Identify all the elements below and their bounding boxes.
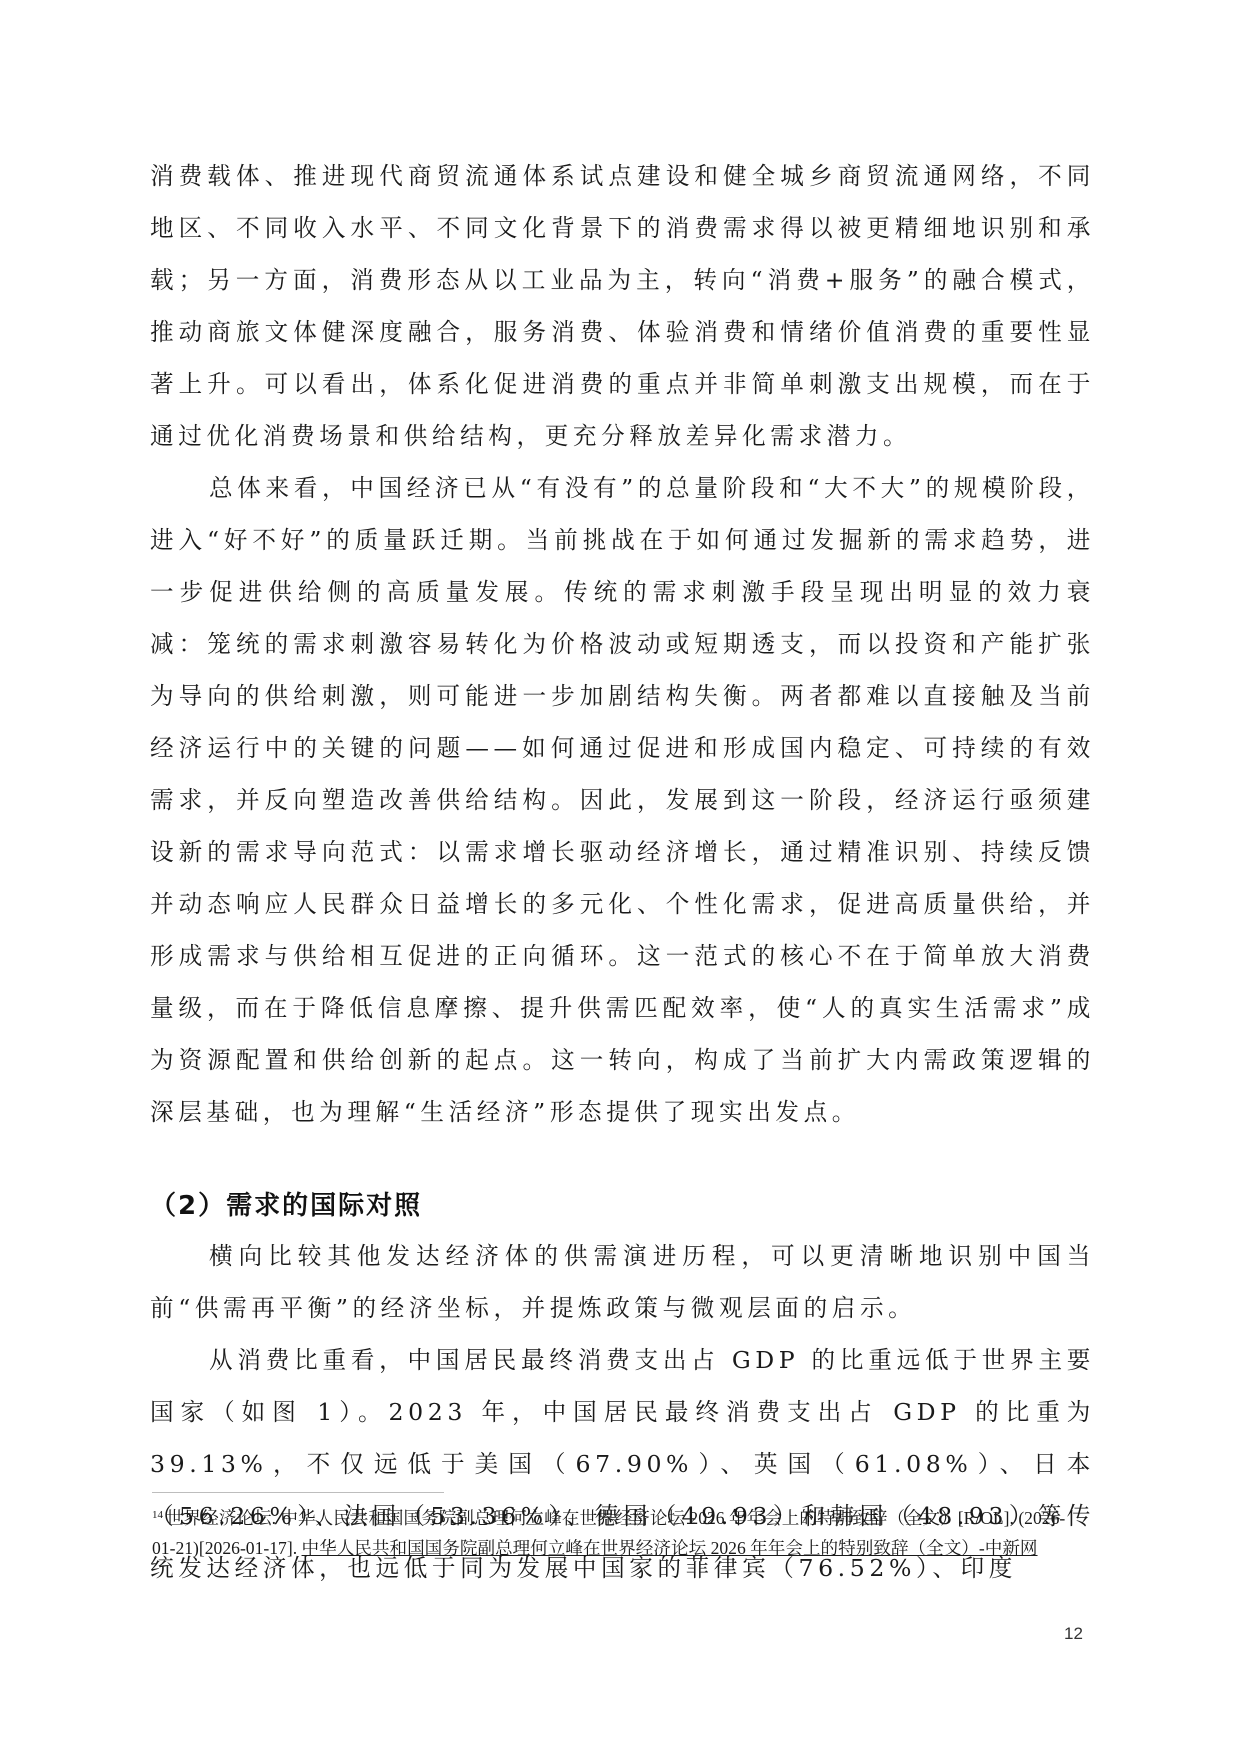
page-number: 12 bbox=[1064, 1624, 1083, 1644]
document-page: 消费载体、推进现代商贸流通体系试点建设和健全城乡商贸流通网络，不同地区、不同收入… bbox=[0, 0, 1241, 1754]
footnote-marker: 14 bbox=[152, 1509, 163, 1521]
body-text: 消费载体、推进现代商贸流通体系试点建设和健全城乡商贸流通网络，不同地区、不同收入… bbox=[150, 150, 1095, 1594]
section-heading: （2）需求的国际对照 bbox=[150, 1182, 1095, 1230]
footnote: 14世界经济论坛. 中华人民共和国国务院副总理何立峰在世界经济论坛 2026 年… bbox=[152, 1500, 1082, 1563]
paragraph-overall-view: 总体来看，中国经济已从“有没有”的总量阶段和“大不大”的规模阶段，进入“好不好”… bbox=[150, 462, 1095, 1138]
paragraph-horizontal-comparison: 横向比较其他发达经济体的供需演进历程，可以更清晰地识别中国当前“供需再平衡”的经… bbox=[150, 1230, 1095, 1334]
footnote-divider bbox=[152, 1492, 444, 1493]
footnote-source-link[interactable]: 中华人民共和国国务院副总理何立峰在世界经济论坛 2026 年年会上的特别致辞（全… bbox=[302, 1538, 1038, 1558]
paragraph-continued: 消费载体、推进现代商贸流通体系试点建设和健全城乡商贸流通网络，不同地区、不同收入… bbox=[150, 150, 1095, 462]
